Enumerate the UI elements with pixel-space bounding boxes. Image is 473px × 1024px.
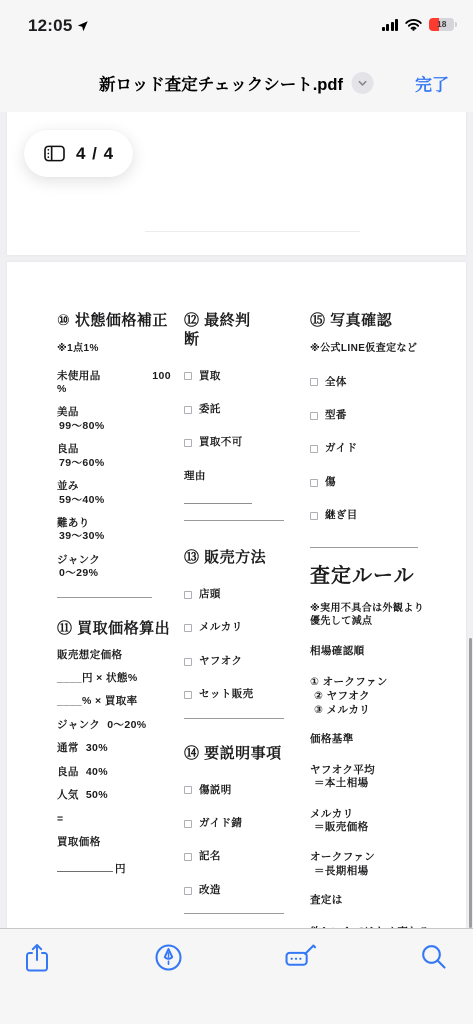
basis-source: オークファン [310, 851, 442, 864]
section-15-note: ※公式LINE仮査定など [310, 343, 442, 356]
section-10-note: ※1点1% [57, 343, 171, 356]
column-3: ⑮ 写真確認 ※公式LINE仮査定など 全体 型番 ガイド 傷 継ぎ目 査定ルー… [310, 312, 442, 1009]
page3-content-line [145, 231, 360, 232]
grade-label: 美品 [57, 406, 171, 419]
order-item: ② ヤフオク [310, 690, 442, 704]
share-icon [22, 942, 52, 974]
check-label: セット販売 [199, 688, 254, 701]
rate-label: 通常 [57, 742, 79, 755]
checkbox-glyph [310, 512, 318, 520]
grade-value: 59〜40% [57, 494, 171, 507]
document-title: 新ロッド査定チェックシート.pdf [99, 71, 343, 95]
column-1: ⑩ 状態価格補正 ※1点1% 未使用品 100 % 美品99〜80% 良品79〜… [57, 312, 171, 877]
check-label: 委託 [199, 403, 221, 416]
status-time: 12:05 [28, 16, 72, 36]
checkbox-glyph [184, 853, 192, 861]
section-separator [184, 520, 284, 521]
grade-value: 39〜30% [57, 530, 171, 543]
checkbox-glyph [184, 406, 192, 414]
check-label: 買取不可 [199, 436, 243, 449]
check-label: 型番 [325, 409, 347, 422]
section-10-heading: ⑩ 状態価格補正 [57, 312, 171, 331]
check-label: ガイド [325, 442, 357, 455]
checkbox-glyph [184, 820, 192, 828]
grade-label: ジャンク [57, 554, 171, 567]
section-separator [184, 718, 284, 719]
check-label: 買取 [199, 370, 221, 383]
section-separator [310, 547, 418, 548]
checkbox-glyph [310, 412, 318, 420]
checkbox-glyph [184, 786, 192, 794]
section-13-heading: ⑬ 販売方法 [184, 549, 298, 568]
battery-percent: 18 [429, 19, 454, 29]
rate-value: 30% [86, 742, 108, 755]
calc-line: ____% × 買取率 [57, 695, 171, 708]
check-label: 記名 [199, 850, 221, 863]
chevron-down-icon [356, 76, 370, 90]
checkbox-glyph [184, 372, 192, 380]
wifi-icon [405, 18, 422, 31]
answer-line [184, 503, 252, 504]
rate-value: 40% [86, 766, 108, 779]
bottom-toolbar [0, 928, 473, 1024]
rate-label: 良品 [57, 766, 79, 779]
markup-icon [153, 942, 184, 973]
title-menu-button[interactable] [352, 72, 374, 94]
basis-source: ヤフオク平均 [310, 764, 442, 777]
section-11-heading: ⑪ 買取価格算出 [57, 620, 171, 639]
grade-label: 並み [57, 480, 171, 493]
scrollbar[interactable] [469, 638, 473, 928]
signature-button[interactable] [282, 942, 320, 976]
check-label: ヤフオク [199, 655, 242, 668]
section-14-heading: ⑭ 要説明事項 [184, 745, 298, 764]
check-label: 全体 [325, 376, 347, 389]
search-icon [419, 942, 449, 972]
nav-bar: 新ロッド査定チェックシート.pdf 完了 [0, 54, 473, 112]
order-item: ① オークファン [310, 676, 442, 690]
check-label: ガイド錆 [199, 817, 242, 830]
equals-sign: = [57, 813, 171, 826]
checkbox-glyph [184, 624, 192, 632]
rate-label: ジャンク [57, 719, 100, 732]
calc-line: 販売想定価格 [57, 649, 171, 662]
grade-value: 79〜60% [57, 457, 171, 470]
check-label: メルカリ [199, 621, 243, 634]
grade-value: 99〜80% [57, 420, 171, 433]
checkbox-glyph [310, 445, 318, 453]
result-label: 買取価格 [57, 836, 171, 849]
basis-meaning: ＝長期相場 [310, 865, 442, 878]
grade-value: 100 [152, 370, 171, 383]
rate-label: 人気 [57, 789, 79, 802]
order-label: 相場確認順 [310, 645, 442, 658]
rate-value: 0〜20% [107, 719, 146, 732]
pdf-page-current[interactable]: ⑩ 状態価格補正 ※1点1% 未使用品 100 % 美品99〜80% 良品79〜… [7, 262, 466, 928]
grade-label: 未使用品 [57, 370, 101, 383]
battery-icon: 18 [429, 18, 457, 31]
check-label: 傷説明 [199, 784, 232, 797]
signature-icon [283, 942, 319, 973]
section-15-heading: ⑮ 写真確認 [310, 312, 442, 331]
calc-line: ____円 × 状態% [57, 672, 171, 685]
page-indicator-pill[interactable]: 4 / 4 [24, 130, 133, 177]
checkbox-glyph [184, 439, 192, 447]
markup-button[interactable] [151, 942, 185, 976]
checkbox-glyph [184, 887, 192, 895]
share-button[interactable] [20, 942, 54, 976]
check-label: 継ぎ目 [325, 509, 358, 522]
section-separator [57, 597, 152, 598]
done-button[interactable]: 完了 [415, 71, 449, 96]
checkbox-glyph [184, 691, 192, 699]
judge-label: 査定は [310, 894, 442, 907]
basis-source: メルカリ [310, 808, 442, 821]
top-chrome: 12:05 18 [0, 0, 473, 112]
basis-meaning: ＝販売価格 [310, 821, 442, 834]
checkbox-glyph [310, 479, 318, 487]
checkbox-glyph [184, 591, 192, 599]
answer-blank [57, 871, 113, 872]
column-2: ⑫ 最終判断 買取 委託 買取不可 理由 ⑬ 販売方法 店頭 メルカリ ヤフオク… [184, 312, 298, 914]
grade-unit: % [57, 383, 171, 396]
grade-value: 0〜29% [57, 567, 171, 580]
grade-label: 良品 [57, 443, 171, 456]
grade-label: 難あり [57, 517, 171, 530]
result-unit: 円 [115, 863, 126, 875]
status-bar: 12:05 18 [0, 0, 473, 54]
reason-label: 理由 [184, 470, 298, 483]
check-label: 店頭 [199, 588, 221, 601]
rules-heading: 査定ルール [310, 564, 442, 590]
search-button[interactable] [417, 942, 451, 976]
section-separator [184, 913, 284, 914]
location-arrow-icon [76, 20, 89, 33]
check-label: 改造 [199, 884, 221, 897]
rate-value: 50% [86, 789, 108, 802]
page-number-label: 4 / 4 [76, 144, 114, 164]
basis-label: 価格基準 [310, 733, 442, 746]
rules-note: ※実用不具合は外観より優先して減点 [310, 603, 428, 629]
checkbox-glyph [184, 658, 192, 666]
thumbnails-icon [43, 144, 66, 163]
check-label: 傷 [325, 476, 336, 489]
cellular-signal-icon [382, 19, 399, 31]
basis-meaning: ＝本土相場 [310, 777, 442, 790]
checkbox-glyph [310, 378, 318, 386]
order-item: ③ メルカリ [310, 704, 442, 718]
section-12-heading: ⑫ 最終判断 [184, 312, 262, 350]
